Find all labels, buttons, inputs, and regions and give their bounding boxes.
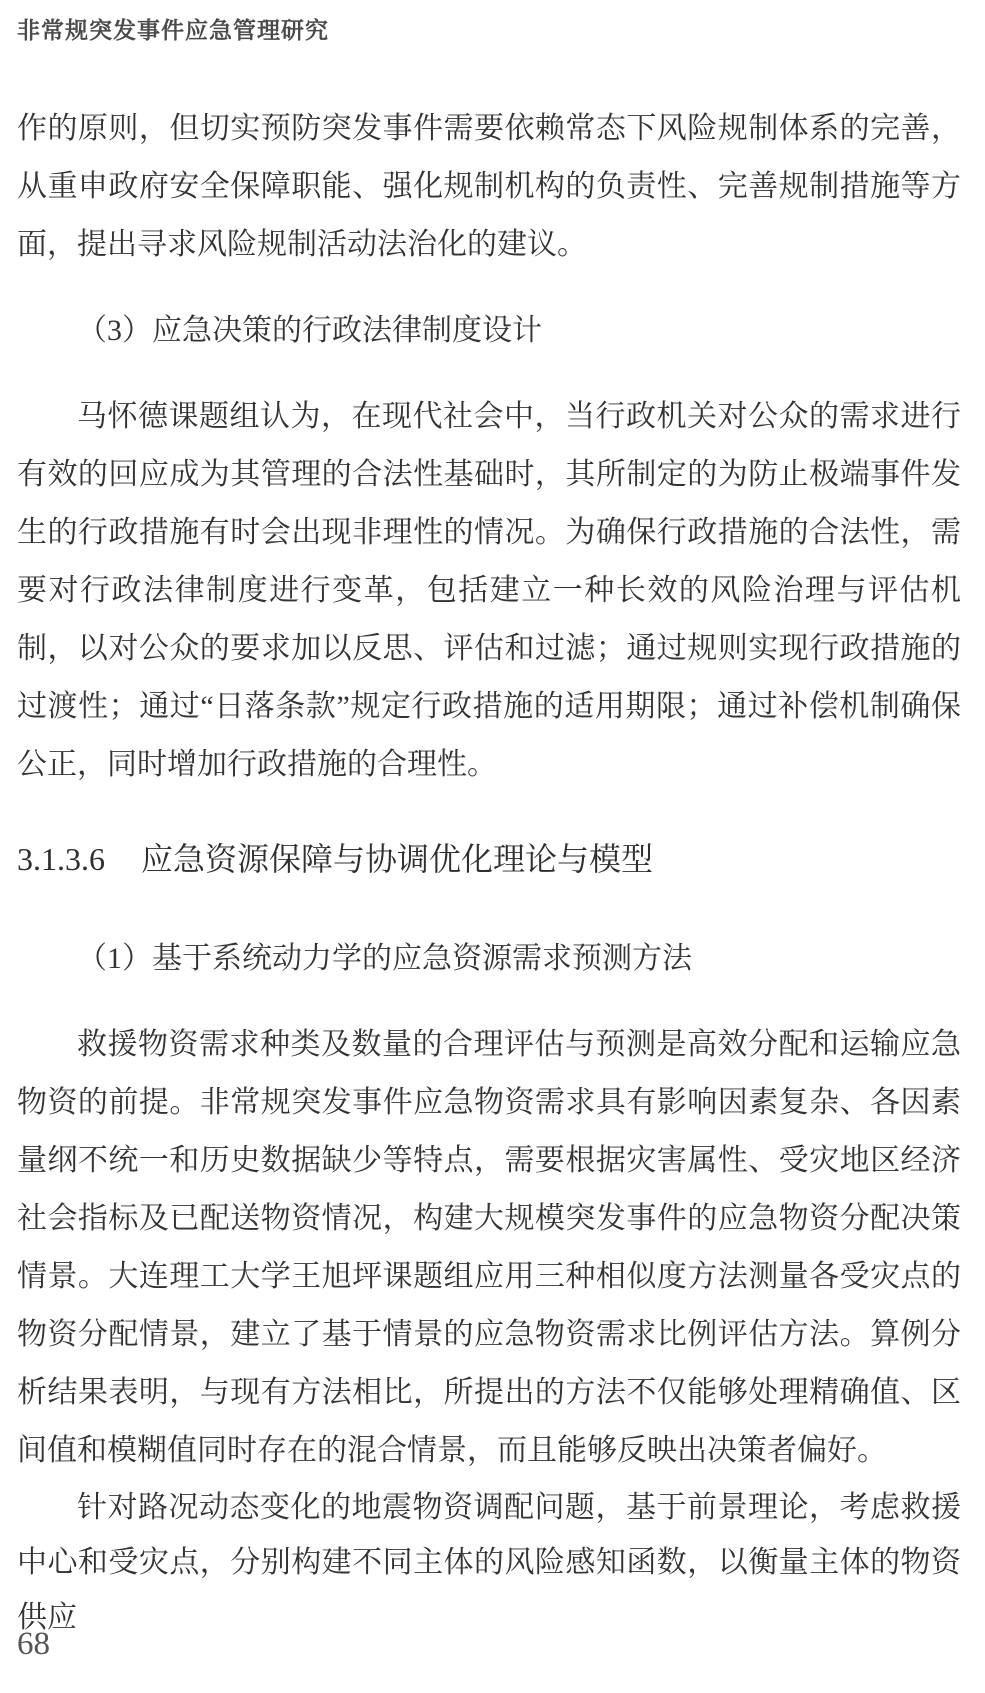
section-title: 应急资源保障与协调优化理论与模型 <box>141 841 653 877</box>
paragraph-ma-huaide-research-group: 马怀德课题组认为，在现代社会中，当行政机关对公众的需求进行有效的回应成为其管理的… <box>17 388 961 794</box>
book-page: 非常规突发事件应急管理研究 作的原则，但切实预防突发事件需要依赖常态下风险规制体… <box>0 0 985 1693</box>
paragraph-rescue-supplies-demand: 救援物资需求种类及数量的合理评估与预测是高效分配和运输应急物资的前提。非常规突发… <box>17 1016 961 1480</box>
section-number: 3.1.3.6 <box>17 841 105 877</box>
paragraph-earthquake-supplies-dispatch: 针对路况动态变化的地震物资调配问题，基于前景理论，考虑救援中心和受灾点，分别构建… <box>17 1480 961 1645</box>
page-number: 68 <box>17 1626 50 1663</box>
subheading-3-administrative-legal-system-design: （3）应急决策的行政法律制度设计 <box>17 302 961 360</box>
section-heading-3-1-3-6: 3.1.3.6 应急资源保障与协调优化理论与模型 <box>17 830 961 888</box>
subheading-1-system-dynamics-demand-forecast: （1）基于系统动力学的应急资源需求预测方法 <box>17 930 961 988</box>
paragraph-risk-regulation-continuation: 作的原则，但切实预防突发事件需要依赖常态下风险规制体系的完善，从重申政府安全保障… <box>17 100 961 274</box>
running-header: 非常规突发事件应急管理研究 <box>17 12 329 45</box>
page-body: 作的原则，但切实预防突发事件需要依赖常态下风险规制体系的完善，从重申政府安全保障… <box>17 100 961 1645</box>
